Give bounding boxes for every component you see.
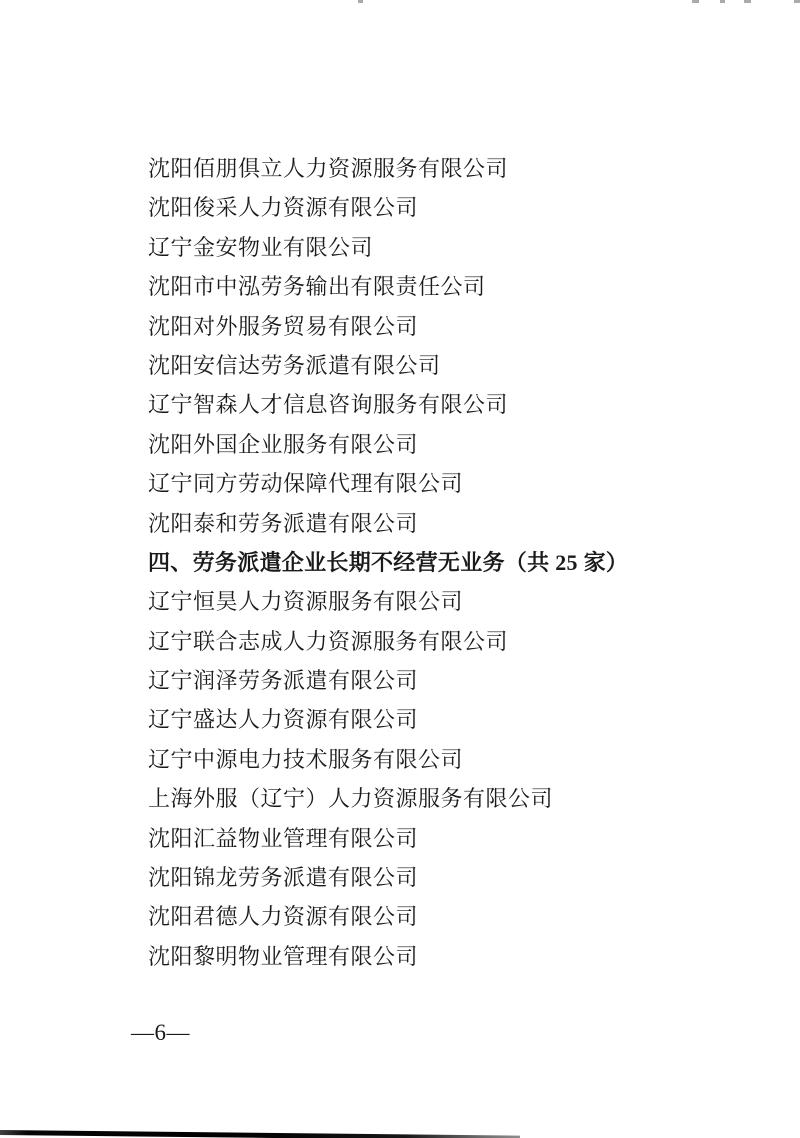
company-name-line: 沈阳黎明物业管理有限公司	[148, 937, 758, 976]
document-page-body: 沈阳佰朋俱立人力资源服务有限公司沈阳俊采人力资源有限公司辽宁金安物业有限公司沈阳…	[148, 149, 758, 976]
company-name-line: 辽宁盛达人力资源有限公司	[148, 700, 758, 739]
company-name-line: 沈阳市中泓劳务输出有限责任公司	[148, 267, 758, 306]
section-four-company-list: 辽宁恒昊人力资源服务有限公司辽宁联合志成人力资源服务有限公司辽宁润泽劳务派遣有限…	[148, 582, 758, 976]
company-name-line: 辽宁润泽劳务派遣有限公司	[148, 661, 758, 700]
company-name-line: 沈阳俊采人力资源有限公司	[148, 188, 758, 227]
scan-smudge-artifact	[794, 0, 800, 3]
company-name-line: 辽宁恒昊人力资源服务有限公司	[148, 582, 758, 621]
company-name-line: 沈阳安信达劳务派遣有限公司	[148, 346, 758, 385]
company-name-line: 辽宁中源电力技术服务有限公司	[148, 740, 758, 779]
company-name-line: 辽宁联合志成人力资源服务有限公司	[148, 622, 758, 661]
company-name-line: 沈阳佰朋俱立人力资源服务有限公司	[148, 149, 758, 188]
scan-smudge-artifact	[358, 0, 363, 3]
company-name-line: 沈阳泰和劳务派遣有限公司	[148, 504, 758, 543]
scan-smudge-artifact	[744, 0, 751, 3]
scan-bottom-edge-artifact	[0, 1130, 520, 1138]
company-name-line: 辽宁同方劳动保障代理有限公司	[148, 464, 758, 503]
section-four-heading: 四、劳务派遣企业长期不经营无业务（共 25 家）	[148, 543, 758, 582]
company-name-line: 沈阳君德人力资源有限公司	[148, 897, 758, 936]
company-name-line: 上海外服（辽宁）人力资源服务有限公司	[148, 779, 758, 818]
company-name-line: 沈阳对外服务贸易有限公司	[148, 307, 758, 346]
company-name-line: 沈阳锦龙劳务派遣有限公司	[148, 858, 758, 897]
company-name-line: 辽宁智森人才信息咨询服务有限公司	[148, 385, 758, 424]
company-name-line: 沈阳外国企业服务有限公司	[148, 425, 758, 464]
company-name-line: 辽宁金安物业有限公司	[148, 228, 758, 267]
page-number: —6—	[131, 1020, 190, 1046]
scan-smudge-artifact	[692, 0, 699, 3]
section-three-company-list: 沈阳佰朋俱立人力资源服务有限公司沈阳俊采人力资源有限公司辽宁金安物业有限公司沈阳…	[148, 149, 758, 543]
scan-smudge-artifact	[720, 0, 725, 3]
company-name-line: 沈阳汇益物业管理有限公司	[148, 819, 758, 858]
